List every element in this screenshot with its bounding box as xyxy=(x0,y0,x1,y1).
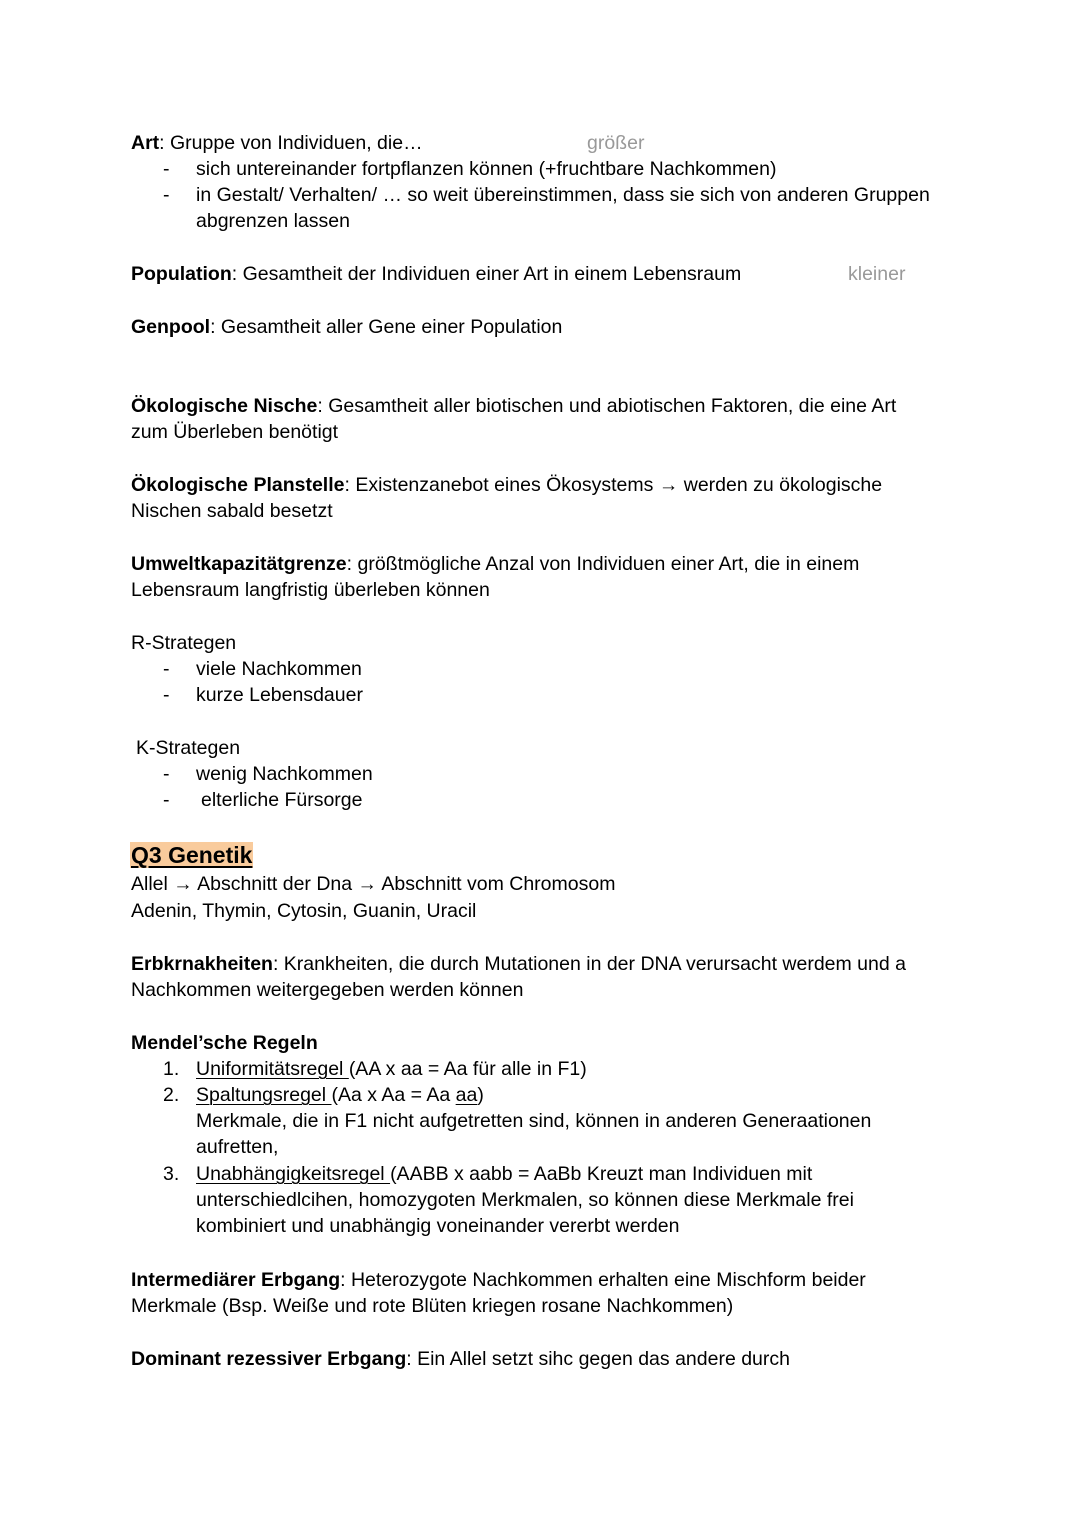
art-bullet-1: sich untereinander fortpflanzen können (… xyxy=(196,156,776,182)
intermediaer-definition: Intermediärer Erbgang: Heterozygote Nach… xyxy=(131,1267,866,1293)
art-definition: Art: Gruppe von Individuen, die… xyxy=(131,130,423,156)
kapazitaet-definition-cont: Lebensraum langfristig überleben können xyxy=(131,577,490,603)
bullet-dash: - xyxy=(163,761,170,787)
mendel-rule-3: Unabhängigkeitsregel (AABB x aabb = AaBb… xyxy=(196,1161,812,1187)
term-erbkrankheiten: Erbkrnakheiten xyxy=(131,953,273,975)
mendel-title: Mendel’sche Regeln xyxy=(131,1030,318,1056)
bullet-dash: - xyxy=(163,656,170,682)
genpool-definition: Genpool: Gesamtheit aller Gene einer Pop… xyxy=(131,314,562,340)
term-art: Art xyxy=(131,132,159,154)
heading-q3-genetik: Q3 Genetik xyxy=(130,842,253,868)
intermediaer-definition-cont: Merkmale (Bsp. Weiße und rote Blüten kri… xyxy=(131,1293,733,1319)
rule-name-spaltung: Spaltungsregel xyxy=(196,1084,332,1106)
r-strategen-bullet-2: kurze Lebensdauer xyxy=(196,682,363,708)
genetik-allel-line: Allel → Abschnitt der Dna → Abschnitt vo… xyxy=(131,871,615,897)
mendel-rule-2-explanation: Merkmale, die in F1 nicht aufgetretten s… xyxy=(196,1108,871,1134)
bullet-dash: - xyxy=(163,787,170,813)
nische-definition: Ökologische Nische: Gesamtheit aller bio… xyxy=(131,393,896,419)
art-bullet-2: in Gestalt/ Verhalten/ … so weit überein… xyxy=(196,182,930,208)
rule-number: 1. xyxy=(163,1056,179,1082)
erbkrankheiten-definition-cont: Nachkommen weitergegeben werden können xyxy=(131,977,523,1003)
term-nische: Ökologische Nische xyxy=(131,395,317,417)
mendel-rule-2-explanation-cont: aufretten, xyxy=(196,1134,278,1160)
section-heading-genetik: Q3 Genetik xyxy=(130,841,253,871)
mendel-rule-1: Uniformitätsregel (AA x aa = Aa für alle… xyxy=(196,1056,587,1082)
dominant-definition: Dominant rezessiver Erbgang: Ein Allel s… xyxy=(131,1346,790,1372)
rule-number: 2. xyxy=(163,1082,179,1108)
term-population: Population xyxy=(131,263,232,285)
bullet-dash: - xyxy=(163,182,170,208)
term-planstelle: Ökologische Planstelle xyxy=(131,474,345,496)
annotation-groesser: größer xyxy=(587,130,644,156)
bullet-dash: - xyxy=(163,156,170,182)
r-strategen-title: R-Strategen xyxy=(131,630,236,656)
annotation-kleiner: kleiner xyxy=(848,261,905,287)
kapazitaet-definition: Umweltkapazitätgrenze: größtmögliche Anz… xyxy=(131,551,859,577)
rule-name-uniformitaet: Uniformitätsregel xyxy=(196,1058,349,1080)
planstelle-definition-cont: Nischen sabald besetzt xyxy=(131,498,333,524)
term-dominant: Dominant rezessiver Erbgang xyxy=(131,1348,406,1370)
art-bullet-2-cont: abgrenzen lassen xyxy=(196,208,350,234)
bullet-dash: - xyxy=(163,682,170,708)
mendel-rule-3-cont: unterschiedlcihen, homozygoten Merkmalen… xyxy=(196,1187,854,1213)
mendel-rule-2: Spaltungsregel (Aa x Aa = Aa aa) xyxy=(196,1082,484,1108)
k-strategen-bullet-2: elterliche Fürsorge xyxy=(201,787,362,813)
rule-number: 3. xyxy=(163,1161,179,1187)
k-strategen-title: K-Strategen xyxy=(136,735,240,761)
rule-name-unabhaengigkeit: Unabhängigkeitsregel xyxy=(196,1163,390,1185)
term-kapazitaet: Umweltkapazitätgrenze xyxy=(131,553,347,575)
genetik-bases-line: Adenin, Thymin, Cytosin, Guanin, Uracil xyxy=(131,898,476,924)
r-strategen-bullet-1: viele Nachkommen xyxy=(196,656,362,682)
term-intermediaer: Intermediärer Erbgang xyxy=(131,1269,340,1291)
term-genpool: Genpool xyxy=(131,316,210,338)
nische-definition-cont: zum Überleben benötigt xyxy=(131,419,338,445)
mendel-rule-3-cont-2: kombiniert und unabhängig voneinander ve… xyxy=(196,1213,680,1239)
k-strategen-bullet-1: wenig Nachkommen xyxy=(196,761,373,787)
erbkrankheiten-definition: Erbkrnakheiten: Krankheiten, die durch M… xyxy=(131,951,906,977)
population-definition: Population: Gesamtheit der Individuen ei… xyxy=(131,261,741,287)
planstelle-definition: Ökologische Planstelle: Existenzanebot e… xyxy=(131,472,882,498)
